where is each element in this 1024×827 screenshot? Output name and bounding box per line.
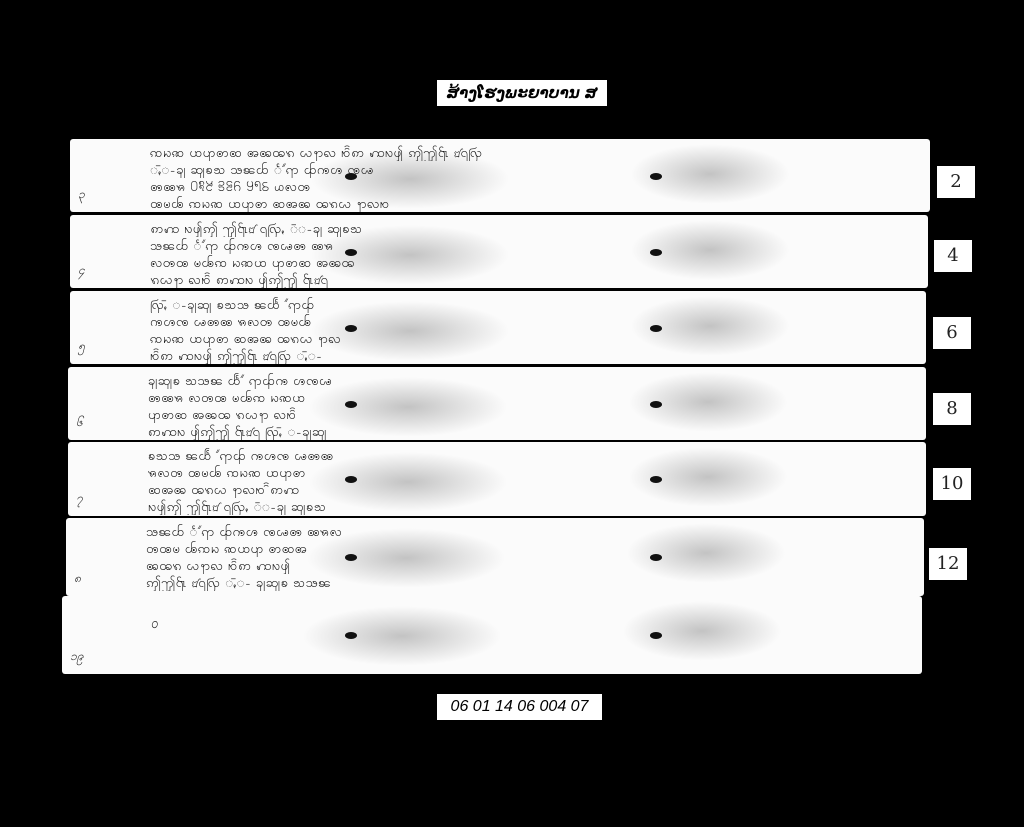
- script-line: ꩵꩶ꩷ ꩸꩹ꩺ ꩻꩼꩽ ꩾꩿꧠ ꧡꧢꧣ: [146, 575, 864, 591]
- page-number-label: 6: [933, 317, 971, 349]
- leaf-script-text: ꩡꩢꩣ ꩤꩥꩦꩧ ꩨꩩꩪꩫ ꩬꩭꩮ ꩯꩰꩱ ꩲꩳꩴ ꩵꩶ꩷ ꩸꩹ꩺꩻꩼꩽꩾ ꩿꧠ…: [150, 145, 870, 208]
- palm-leaf: ꩡꩢꩣ ꩤꩥꩦꩧ ꩨꩩꩪꩫ ꩬꩭꩮ ꩯꩰꩱ ꩲꩳꩴ ꩵꩶ꩷ ꩸꩹ꩺꩻꩼꩽꩾ ꩿꧠ…: [70, 139, 930, 212]
- leaf-script-text: ꩺꩻꩼ ꩽꩾꩿ ꧠꧡꧢ ꧣꧤꧥ ꧦꧧꧨꧩꧪꧫ ꧬꧭꧮ ꧯꧺꧻ ꧼꧽꧾꩡꩢꩣ ꩤꩥ…: [150, 297, 866, 360]
- page-number-label: 4: [934, 240, 972, 272]
- script-line: ꩺꩻꩼ ꩽꩾꩿ ꧠꧡꧢ ꧣꧤꧥ ꧦꧧꧨ: [150, 297, 866, 313]
- script-line: ꧢꧣꧤ ꧥꧦꧧ ꧨꧩꧪ ꧫꧬꧭ ꧮꧯꧺ: [146, 524, 864, 540]
- script-line: ꩰꩱꩲ ꩳꩴꩵ ꩶ꩷꩸ ꩹ꩺꩻ ꩼꩽꩾ ꩿꧠꧡ: [150, 221, 868, 237]
- palm-leaf: ꩾꩿꧠ ꧡꧢꧣ ꧤꧥꧦ ꧧꧨꧩ ꧪꧫꧬꧭꧮꧯ ꧺꧻꧼ ꧽꧾꩡ ꩢꩣꩤꩥꩦꩧ ꩨꩩ…: [68, 367, 926, 440]
- script-line: ꧭꧮꧯ ꧰꧱꧲ ꧳꧴꧵ ꧶꧷꧸ ꧹ꧺꧻ: [150, 179, 870, 195]
- script-line: ꧠꧡꧢ ꧣꧤꧥ ꧦꧧꧨ ꧩꧪꧫ ꧬꧭꧮ: [148, 448, 866, 464]
- script-line: ꩱꩲꩳ ꩴꩵꩶ ꩷꩸꩹ ꩺꩻꩼ ꩽꩾꩿ: [148, 424, 866, 440]
- palm-leaf: ꩺꩻꩼ ꩽꩾꩿ ꧠꧡꧢ ꧣꧤꧥ ꧦꧧꧨꧩꧪꧫ ꧬꧭꧮ ꧯꧺꧻ ꧼꧽꧾꩡꩢꩣ ꩤꩥ…: [70, 291, 926, 364]
- script-line: ꩥꩦꩧ ꩨꩩꩪ ꩫꩬꩭ ꩮꩯꩰ: [148, 407, 866, 423]
- script-line: ꩫꩬꩭ ꩮꩯꩰ ꩱꩲꩳ ꩴꩵꩶ ꩷꩸꩹: [150, 272, 868, 288]
- page-number-label: 2: [937, 166, 975, 198]
- script-line: ꧻꧼꧽ ꧾꩡꩢ ꩣꩤꩥ ꩦꩧꩨ: [146, 541, 864, 557]
- leaf-script-text: ꧢꧣꧤ ꧥꧦꧧ ꧨꧩꧪ ꧫꧬꧭ ꧮꧯꧺꧻꧼꧽ ꧾꩡꩢ ꩣꩤꩥ ꩦꩧꩨꩩꩪꩫ ꩬꩭ…: [146, 524, 864, 592]
- script-line: ꧯꧺꧻ ꧼꧽꧾ ꩡꩢꩣ ꩤꩥꩦ: [148, 465, 866, 481]
- script-line: ꧼꧽꧾ ꩡꩢꩣ ꩤꩥꩦ ꩧꩨꩩ ꩪꩫꩬ ꩭꩮꩯ: [150, 196, 870, 212]
- leaf-folio-number: ၅: [78, 338, 85, 356]
- script-line: ꩻꩼꩽꩾ ꩿꧠꧡ ꧢꧣꧤ ꧥꧦꧧ ꧨꧩꧪ ꧫꧬ: [150, 162, 870, 178]
- script-line: ꧭꧮꧯ ꧺꧻꧼ ꧽꧾꩡ ꩢꩣꩤ: [148, 390, 866, 406]
- palm-leaf: ꧢꧣꧤ ꧥꧦꧧ ꧨꧩꧪ ꧫꧬꧭ ꧮꧯꧺꧻꧼꧽ ꧾꩡꩢ ꩣꩤꩥ ꩦꩧꩨꩩꩪꩫ ꩬꩭ…: [66, 518, 924, 596]
- script-line: ꧢꧣꧤ ꧥꧦꧧ ꧨꧩꧪ ꧫꧬꧭ ꧮꧯ: [150, 238, 868, 254]
- page-number-label: 10: [933, 468, 971, 500]
- leaf-script-text: ꩾꩿꧠ ꧡꧢꧣ ꧤꧥꧦ ꧧꧨꧩ ꧪꧫꧬꧭꧮꧯ ꧺꧻꧼ ꧽꧾꩡ ꩢꩣꩤꩥꩦꩧ ꩨꩩ…: [148, 373, 866, 436]
- script-line: ꩧꩨꩩ ꩪꩫꩬ ꩭꩮꩯ ꩰꩱꩲ: [148, 482, 866, 498]
- leaf-folio-number: ၃: [78, 186, 85, 204]
- script-line: ꩡꩢꩣ ꩤꩥꩦ ꩧꩨꩩ ꩪꩫꩬ ꩭꩮ: [150, 331, 866, 347]
- leaf-folio-number: ၄: [78, 262, 85, 280]
- leaf-script-text: [142, 602, 862, 670]
- manuscript-title-label: ສ້າງໂຮງພະຍາບານ ສລອງ: [437, 80, 607, 106]
- leaf-script-text: ꩰꩱꩲ ꩳꩴꩵ ꩶ꩷꩸ ꩹ꩺꩻ ꩼꩽꩾ ꩿꧠꧡꧢꧣꧤ ꧥꧦꧧ ꧨꧩꧪ ꧫꧬꧭ ꧮ…: [150, 221, 868, 284]
- script-line: ꩯꩰꩱ ꩲꩳꩴ ꩵꩶ꩷ ꩸꩹ꩺ ꩻꩼꩽ: [150, 348, 866, 364]
- leaf-folio-number: ၁၉: [70, 648, 84, 666]
- palm-leaf: ၁၉၀: [62, 596, 922, 674]
- leaf-folio-number: ၈: [74, 570, 81, 588]
- script-line: ꩩꩪꩫ ꩬꩭꩮ ꩯꩰꩱ ꩲꩳꩴ: [146, 558, 864, 574]
- palm-leaf: ꧠꧡꧢ ꧣꧤꧥ ꧦꧧꧨ ꧩꧪꧫ ꧬꧭꧮꧯꧺꧻ ꧼꧽꧾ ꩡꩢꩣ ꩤꩥꩦꩧꩨꩩ ꩪꩫ…: [68, 442, 926, 516]
- leaf-script-text: ꧠꧡꧢ ꧣꧤꧥ ꧦꧧꧨ ꧩꧪꧫ ꧬꧭꧮꧯꧺꧻ ꧼꧽꧾ ꩡꩢꩣ ꩤꩥꩦꩧꩨꩩ ꩪꩫ…: [148, 448, 866, 512]
- catalog-id-label: 06 01 14 06 004 07: [437, 694, 602, 720]
- page-number-label: 8: [933, 393, 971, 425]
- leaf-folio-number: ၇: [76, 490, 83, 508]
- page-number-label: 12: [929, 548, 967, 580]
- leaf-folio-number: ၆: [76, 414, 83, 432]
- palm-leaf: ꩰꩱꩲ ꩳꩴꩵ ꩶ꩷꩸ ꩹ꩺꩻ ꩼꩽꩾ ꩿꧠꧡꧢꧣꧤ ꧥꧦꧧ ꧨꧩꧪ ꧫꧬꧭ ꧮ…: [70, 215, 928, 288]
- script-line: ꧺꧻꧼ ꧽꧾꩡ ꩢꩣꩤ ꩥꩦꩧ ꩨꩩꩪ: [150, 255, 868, 271]
- script-line: ꧩꧪꧫ ꧬꧭꧮ ꧯꧺꧻ ꧼꧽꧾ: [150, 314, 866, 330]
- script-line: ꩳꩴꩵ ꩶ꩷꩸ ꩹ꩺꩻ ꩼꩽꩾ ꩿꧠꧡ: [148, 499, 866, 515]
- script-line: ꩡꩢꩣ ꩤꩥꩦꩧ ꩨꩩꩪꩫ ꩬꩭꩮ ꩯꩰꩱ ꩲꩳꩴ ꩵꩶ꩷ ꩸꩹ꩺ: [150, 145, 870, 161]
- script-line: ꩾꩿꧠ ꧡꧢꧣ ꧤꧥꧦ ꧧꧨꧩ ꧪꧫꧬ: [148, 373, 866, 389]
